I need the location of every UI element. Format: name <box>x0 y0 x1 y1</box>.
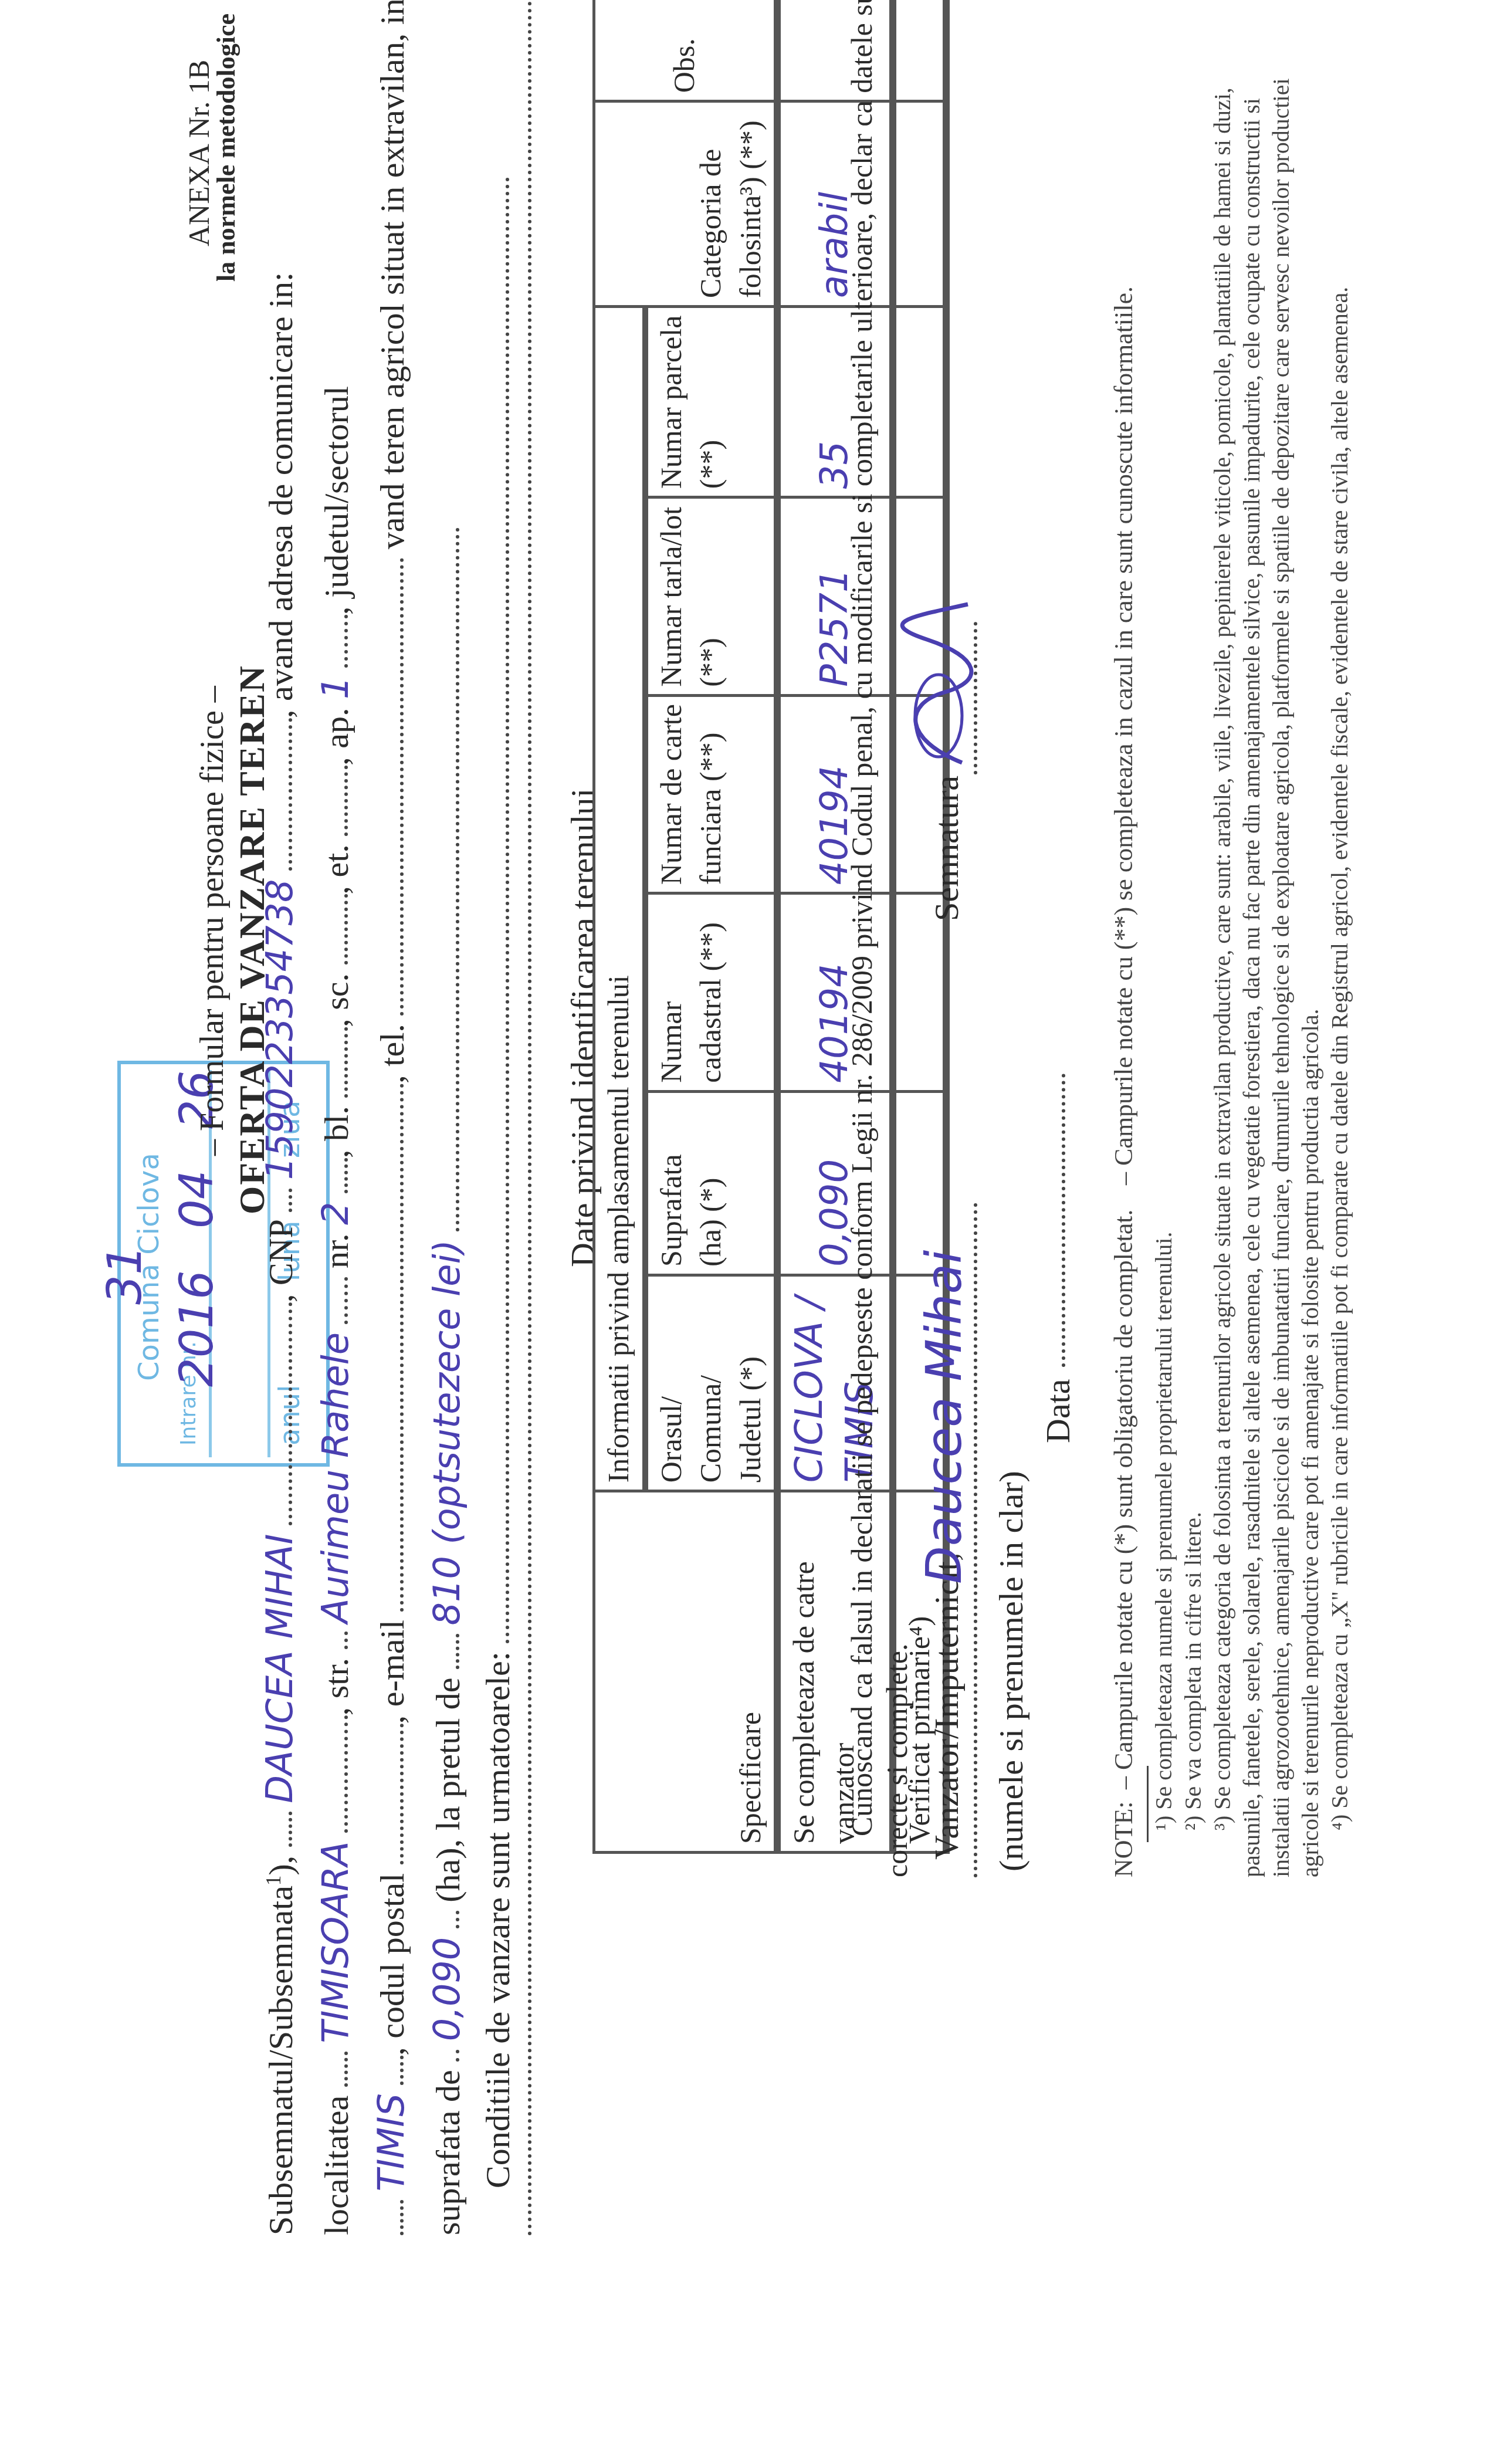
footnote-2: ²) Se va completa in cifre si litere. <box>1179 1512 1207 1830</box>
str-label: str. <box>317 1658 355 1698</box>
th-categoria: Categoria de folosinta³) (**) <box>594 101 778 307</box>
anexa-sub: la normele metodologice <box>211 13 241 282</box>
form-subtitle: – Formular pentru persoane fizice – <box>194 686 231 1156</box>
price-field[interactable]: 810 (optsutezece lei) <box>425 1240 468 1625</box>
numele-label: (numele si prenumele in clar) <box>991 1471 1031 1871</box>
th-carte-funciara: Numar de carte funciara (**) <box>645 695 778 893</box>
document-page: ANEXA Nr. 1B la normele metodologice Com… <box>0 0 1497 2464</box>
suprafata-field[interactable]: 0,090 <box>425 1937 468 2042</box>
vanzator-name-field[interactable]: Daucea Mihai <box>915 1250 973 1584</box>
cell-obs[interactable] <box>893 0 947 101</box>
ap-field[interactable]: 1 <box>314 676 357 699</box>
cnp-label: CNP <box>262 1220 300 1285</box>
ap-label: ap. <box>317 708 355 748</box>
data-line[interactable] <box>1062 1074 1065 1367</box>
note-a: – Campurile notate cu (*) sunt obligator… <box>1109 1209 1139 1789</box>
th-obs: Obs. <box>594 0 778 101</box>
notes-label: NOTE: <box>1109 1801 1139 1877</box>
land-identification-table: Specificare Informatii privind amplasame… <box>592 0 950 1854</box>
ha-label: (ha), la pretul de <box>429 1677 467 1902</box>
th-cadastral: Numar cadastral (**) <box>645 893 778 1091</box>
et-label: et. <box>317 844 355 877</box>
email-label: e-mail <box>373 1620 411 1707</box>
th-suprafata: Suprafata (ha) (*) <box>645 1091 778 1275</box>
stamp-year: 2016 <box>171 1270 223 1387</box>
street-field[interactable]: Aurimeu Rahele <box>314 1332 357 1623</box>
stamp-entry-number: 31 <box>97 1245 152 1305</box>
notes-divider <box>1147 1766 1149 1842</box>
cell-cadastral[interactable] <box>893 893 947 1091</box>
judetul-field[interactable]: TIMIS <box>370 2093 412 2191</box>
tel-label: tel. <box>373 1024 411 1066</box>
cell-parcela[interactable] <box>893 306 947 497</box>
note-b: – Campurile notate cu (**) se completeaz… <box>1109 286 1139 1185</box>
codul-postal-label: codul postal <box>373 1873 411 2039</box>
bl-label: bl. <box>317 1106 355 1141</box>
footnote-3-line-1: ³) Se completeaza categoria de folosinta… <box>1208 87 1236 1830</box>
subsemnatul-label: Subsemnatul/Subsemnata <box>262 1886 300 2235</box>
cell-suprafata[interactable] <box>893 1091 947 1275</box>
sc-label: sc. <box>317 973 355 1010</box>
judetul-label: judetul/sectorul <box>317 386 355 598</box>
adresa-label: avand adresa de comunicare in: <box>262 272 300 701</box>
conditii-label: Conditiile de vanzare sunt urmatoarele: <box>479 1651 517 2188</box>
footnote-3-line-4: agricole si terenurile neproductive care… <box>1296 1009 1324 1878</box>
semnatura-label: Semnatura <box>927 776 966 921</box>
th-tarla: Numar tarla/lot (**) <box>645 497 778 695</box>
th-group-amplasament: Informatii privind amplasamentul terenul… <box>594 306 645 1491</box>
stamp-month: 04 <box>171 1170 223 1228</box>
conditii-line-2[interactable] <box>528 0 531 2235</box>
vanzator-label: Vanzator/Imputernicit, <box>927 1553 966 1860</box>
footnote-1: ¹) Se completeaza numele si prenumele pr… <box>1150 1232 1177 1831</box>
vanzator-name-line <box>974 1203 977 1877</box>
suprafata-label: suprafata de <box>429 2070 467 2235</box>
footnote-4: ⁴) Se completeaza cu „X" rubricile in ca… <box>1326 287 1353 1830</box>
data-label: Data <box>1038 1379 1078 1444</box>
nr-field[interactable]: 2 <box>314 1201 357 1224</box>
footnote-3-line-2: pasunile, fanetele, serele, solarele, ra… <box>1238 98 1265 1877</box>
th-oras: Orasul/ Comuna/ Judetul (*) <box>645 1275 778 1491</box>
localitatea-field[interactable]: TIMISOARA <box>314 1842 357 2043</box>
declaration-line-2: corecte si complete. <box>880 1644 914 1877</box>
footnote-3-line-3: instalatii agrozootehnice, amenajarile p… <box>1267 78 1295 1877</box>
semnatura-line <box>974 622 977 774</box>
cnp-field[interactable]: 1590223354738 <box>258 879 301 1180</box>
declaration-line-1: Cunoscand ca falsul in declaratii se ped… <box>845 0 879 1836</box>
vand-label: vand teren agricol situat in extravilan,… <box>373 0 411 549</box>
th-specificare: Specificare <box>594 1491 778 1853</box>
cell-categoria[interactable] <box>893 101 947 307</box>
th-parcela: Numar parcela (**) <box>645 306 778 497</box>
localitatea-label: localitatea <box>317 2096 355 2235</box>
nr-label: nr. <box>317 1233 355 1268</box>
name-field[interactable]: DAUCEA MIHAI <box>258 1534 301 1803</box>
